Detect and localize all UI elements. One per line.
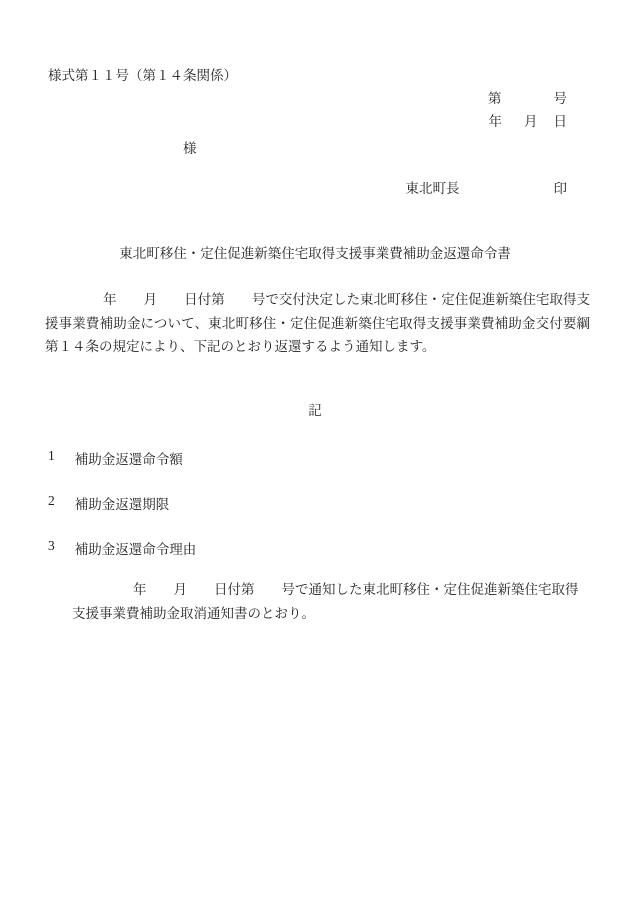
doc-number-suffix: 号	[554, 87, 568, 107]
seal-mark: 印	[554, 177, 568, 197]
item-2-label: 補助金返還期限	[75, 493, 170, 513]
sender-line: 東北町長 印	[406, 177, 568, 197]
item-1-number: 1	[48, 448, 55, 468]
list-item-3: 3 補助金返還命令理由	[48, 538, 196, 558]
date-day-label: 日	[554, 110, 568, 130]
doc-number-prefix: 第	[488, 87, 502, 107]
form-number-label: 様式第１１号（第１４条関係）	[48, 64, 237, 84]
addressee-honorific: 様	[183, 137, 197, 157]
notification-paragraph: 年 月 日付第 号で交付決定した東北町移住・定住促進新築住宅取得支援事業費補助金…	[45, 288, 590, 359]
item-3-label: 補助金返還命令理由	[75, 538, 197, 558]
document-number-line: 第 号	[488, 87, 567, 107]
item-2-number: 2	[48, 493, 55, 513]
document-title: 東北町移住・定住促進新築住宅取得支援事業費補助金返還命令書	[0, 242, 630, 262]
date-line: 年 月 日	[489, 110, 568, 130]
sender-title: 東北町長	[406, 177, 460, 197]
date-month-label: 月	[524, 110, 538, 130]
document-page: 様式第１１号（第１４条関係） 第 号 年 月 日 様 東北町長 印 東北町移住・…	[0, 0, 630, 903]
list-item-1: 1 補助金返還命令額	[48, 448, 183, 468]
record-marker: 記	[0, 399, 630, 419]
list-item-2: 2 補助金返還期限	[48, 493, 169, 513]
date-year-label: 年	[489, 110, 503, 130]
item-3-detail-paragraph: 年 月 日付第 号で通知した東北町移住・定住促進新築住宅取得支援事業費補助金取消…	[72, 578, 586, 625]
item-1-label: 補助金返還命令額	[75, 448, 183, 468]
item-3-number: 3	[48, 538, 55, 558]
